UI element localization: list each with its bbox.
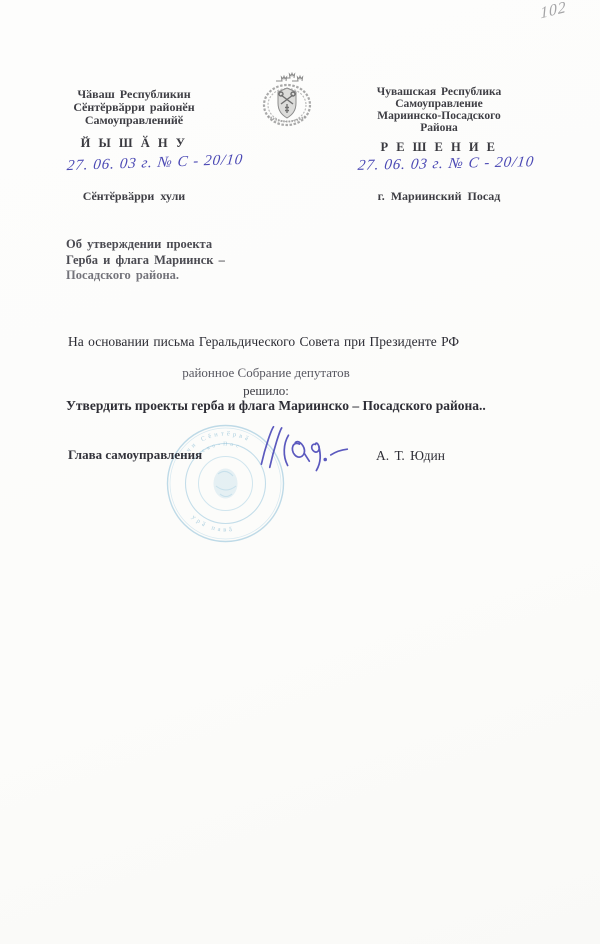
body-paragraph: На основании письма Геральдического Сове… — [68, 334, 548, 350]
subject-line: Посадского района. — [66, 268, 306, 284]
signatory-name: А. Т. Юдин — [376, 448, 445, 464]
org-name-russian-line: Района — [363, 122, 515, 134]
org-name-russian-line: Мариинско-Посадского — [363, 110, 515, 122]
subject-line: Об утверждении проекта — [66, 237, 306, 253]
place-chuvash: Сӗнтӗрвӑрри хули — [58, 189, 210, 204]
document-page: 102 Чӑваш Республикин Сӗнтӗрвӑрри районӗ… — [0, 0, 600, 944]
assembly-line: районное Собрание депутатов — [66, 365, 466, 381]
signatory-title: Глава самоуправления — [68, 447, 202, 463]
org-name-russian-line: Чувашская Республика — [363, 86, 515, 98]
org-name-chuvash: Чӑваш Республикин Сӗнтӗрвӑрри районӗн Са… — [58, 88, 210, 127]
handwritten-date-number-left: 27. 06. 03 г. № С - 20/10 — [45, 151, 265, 176]
handwritten-date-number-right: 27. 06. 03 г. № С - 20/10 — [335, 154, 557, 176]
place-russian: г. Мариинский Посад — [363, 189, 515, 204]
org-name-chuvash-line: Самоуправленийӗ — [58, 114, 210, 127]
doc-type-chuvash: Й Ы Ш Ӑ Н У — [58, 136, 210, 151]
page-number-pencil: 102 — [540, 0, 567, 23]
doc-type-russian: Р Е Ш Е Н И Е — [363, 140, 515, 155]
org-name-russian-line: Самоуправление — [363, 98, 515, 110]
subject-block: Об утверждении проекта Герба и флага Мар… — [66, 237, 306, 284]
svg-text:ско-Пос: ско-Пос — [201, 441, 242, 454]
resolved-word: решило: — [66, 383, 466, 399]
subject-line: Герба и флага Мариинск – — [66, 253, 306, 269]
org-name-russian: Чувашская Республика Самоуправление Мари… — [363, 86, 515, 134]
coat-of-arms-emblem — [257, 72, 317, 130]
resolution-line: Утвердить проекты герба и флага Мариинск… — [66, 398, 566, 414]
signature-autograph — [250, 414, 352, 484]
stamp-ring-text-mid: ско-Пос — [201, 441, 242, 454]
